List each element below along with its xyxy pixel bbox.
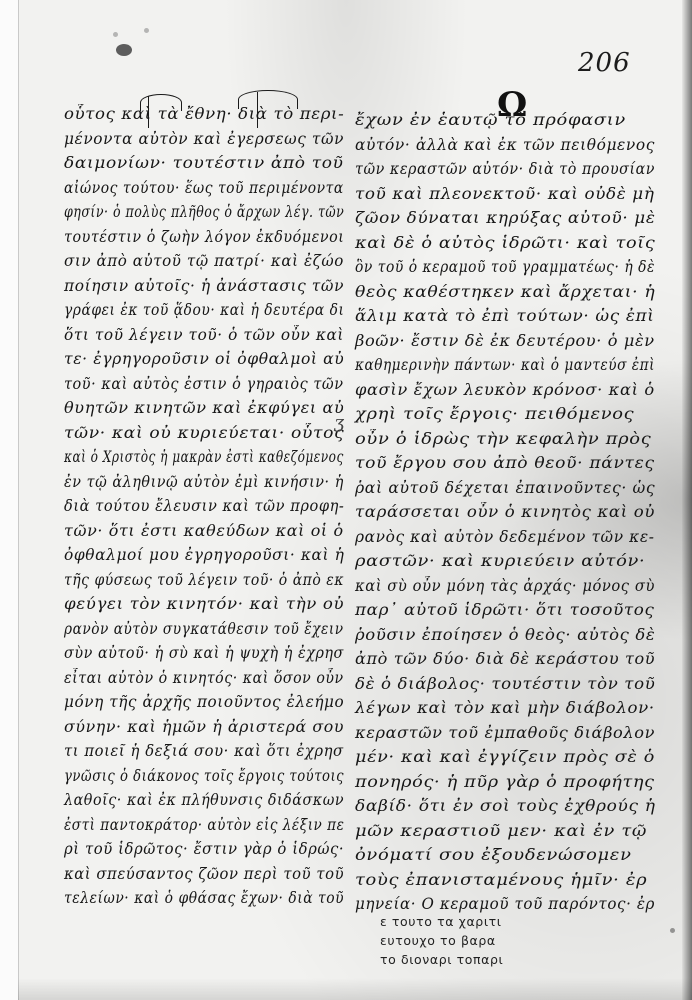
ink-speck <box>113 32 118 37</box>
text-line: δαιμονίων· τουτέστιν ἀπὸ τοῦ <box>64 151 370 176</box>
text-line: φασὶν ἔχων λευκὸν κρόνοσ· καὶ ὁ <box>355 378 670 403</box>
text-line: ῥαὶ αὐτοῦ δέχεται ἐπαινοῦντες· ὡς <box>355 476 658 501</box>
text-line: δὲ ὁ διάβολος· τουτέστιν τὸν τοῦ <box>355 672 675 697</box>
text-line: καὶ σπεύσαντος ζῶον περὶ τοῦ τοῦ <box>64 862 331 887</box>
text-line: παρ᾽ αὐτοῦ ἱδρῶτι· ὅτι τοσοῦτος <box>355 598 679 623</box>
folio-number: 206 <box>578 48 631 78</box>
text-line: λέγων καὶ τὸν καὶ μὴν διάβολον· <box>355 696 676 721</box>
text-line: εἶται αὐτὸν ὁ κινητός· καὶ ὅσον οὖν <box>64 666 319 691</box>
text-line: θυητῶν κινητῶν καὶ ἐκφύγει αὐ <box>64 396 354 421</box>
note-line: ε τουτο τα χαριτι <box>380 912 503 931</box>
text-line: οὗτος καὶ τὰ ἔθνη· διὰ τὸ περι- <box>64 102 362 127</box>
text-line: τῶν· ὅτι ἐστι καθεύδων καὶ οἱ ὁ <box>64 519 352 544</box>
text-line: ρανὸν αὐτὸν συγκατάθεσιν τοῦ ἔχειν <box>64 617 311 642</box>
text-line: τοὺς ἐπανισταμένους ἡμῖν· ἐρ <box>355 868 692 893</box>
text-line: τοῦ καὶ πλεονεκτοῦ· καὶ οὐδὲ μὴ <box>355 182 679 207</box>
text-line: σιν ἀπὸ αὐτοῦ τῷ πατρί· καὶ ἐζώο <box>64 249 336 274</box>
text-line: μέν· καὶ καὶ ἐγγίζειν πρὸς σὲ ὁ <box>355 745 692 770</box>
text-line: ἐν τῷ ἀληθινῷ αὐτὸν ἐμὶ κινήσιν· ἡ <box>64 470 323 495</box>
text-line: θεὸς καθέστηκεν καὶ ἄρχεται· ἡ <box>355 280 687 305</box>
text-line: ζῶον δύναται κηρύξας αὐτοῦ· μὲ <box>355 206 680 231</box>
text-line: χρηὶ τοῖς ἔργοις· πειθόμενος <box>355 402 692 427</box>
manuscript-page: 206 οὗτος καὶ τὰ ἔθνη· διὰ τὸ περι- μένο… <box>0 0 692 1000</box>
text-line: τελείων· καὶ ὁ φθάσας ἔχων· διὰ τοῦ <box>64 886 315 911</box>
text-line: λαθοῖς· καὶ ἐκ πλήθυνσις διδάσκων <box>64 788 322 813</box>
text-line: ὀφθαλμοί μου ἐγρηγοροῦσι· καὶ ἡ <box>64 543 342 568</box>
page-bottom-shade <box>18 978 692 1000</box>
text-line: σὺν αὐτοῦ· ἡ σὺ καὶ ἡ ψυχὴ ἡ ἐχρησ <box>64 641 323 666</box>
text-line: τε· ἐγρηγοροῦσιν οἱ ὀφθαλμοὶ αὐ <box>64 347 345 372</box>
ink-speck <box>144 28 149 33</box>
text-line: φησίν· ὁ πολὺς πλῆθος ὁ ἄρχων λέγ. τῶν <box>64 200 291 225</box>
text-line: μένοντα αὐτὸν καὶ ἐγερσεως τῶν <box>64 127 341 152</box>
text-line: ταράσσεται οὖν ὁ κινητὸς καὶ οὐ <box>355 500 675 525</box>
text-line: καὶ σὺ οὖν μόνη τὰς ἀρχάς· μόνος σὺ <box>355 574 640 599</box>
later-hand-note: ε τουτο τα χαριτι ευτουχο το βαρα το διο… <box>380 912 503 969</box>
text-column-left: οὗτος καὶ τὰ ἔθνη· διὰ τὸ περι- μένοντα … <box>64 102 344 911</box>
text-line: καὶ δὲ ὁ αὐτὸς ἱδρῶτι· καὶ τοῖς <box>355 231 692 256</box>
text-line: μῶν κεραστιοῦ μεν· καὶ ἐν τῷ <box>355 819 692 844</box>
text-line: ρὶ τοῦ ἱδρῶτος· ἔστιν γὰρ ὁ ἱδρώς· <box>64 837 332 862</box>
marginal-mark: ʒ <box>334 412 344 433</box>
ink-speck <box>670 928 675 933</box>
text-line: ἀπὸ τῶν δύο· διὰ δὲ κεράστου τοῦ <box>355 647 666 672</box>
text-line: τῶν κεραστῶν αὐτόν· διὰ τὸ προυσίαν <box>355 157 631 182</box>
text-line: σύνην· καὶ ἡμῶν ἡ ἀριστερά σου <box>64 715 349 740</box>
text-line: ρανὸς καὶ αὐτὸν δεδεμένον τῶν κε- <box>355 525 653 550</box>
text-line: ὅτι τοῦ λέγειν τοῦ· ὁ τῶν οὖν καὶ <box>64 323 340 348</box>
ink-stain <box>116 44 132 56</box>
text-line: τῶν· καὶ οὐ κυριεύεται· οὗτος <box>64 421 373 446</box>
text-line: τι ποιεῖ ἡ δεξιά σου· καὶ ὅτι ἐχρησ <box>64 739 331 764</box>
text-line: αὐτόν· ἀλλὰ καὶ ἐκ τῶν πειθόμενος <box>355 133 653 158</box>
page-left-edge <box>0 0 19 1000</box>
note-line: το διοναρι τοπαρι <box>380 950 503 969</box>
text-line: οὖν ὁ ἱδρὼς τὴν κεφαλὴν πρὸς <box>355 427 692 452</box>
text-line: ὀνόματί σου ἐξουδενώσομεν <box>355 843 692 868</box>
text-line: ῥοῦσιν ἐποίησεν ὁ θεὸς· αὐτὸς δὲ <box>355 623 673 648</box>
text-line: καθημερινὴν πάντων· καὶ ὁ μαντεύσ ἐπὶ <box>355 353 619 378</box>
text-line: τῆς φύσεως τοῦ λέγειν τοῦ· ὁ ἀπὸ εκ <box>64 568 316 593</box>
text-line: τοῦ ἔργου σου ἀπὸ θεοῦ· πάντες <box>355 451 686 476</box>
text-line: φεύγει τὸν κινητόν· καὶ τὴν οὐ <box>64 592 363 617</box>
text-line: ἅλιμ κατὰ τὸ ἐπὶ τούτων· ὡς ἐπὶ <box>355 304 681 329</box>
text-line: ἔχων ἐν ἑαυτῷ τὸ πρόφασιν <box>355 108 692 133</box>
note-line: ευτουχο το βαρα <box>380 931 503 950</box>
text-line: ποίησιν αὐτοῖς· ἡ ἀνάστασις τῶν <box>64 274 342 299</box>
text-line: κεραστῶν τοῦ ἐμπαθοῦς διάβολον <box>355 721 668 746</box>
text-line: καὶ ὁ Χριστὸς ἡ μακρὰν ἐστὶ καθεζόμενος <box>64 445 284 470</box>
text-line: ἐστὶ παντοκράτορ· αὐτὸν εἰς λέξιν πε <box>64 813 309 838</box>
text-line: ραστῶν· καὶ κυριεύειν αὐτόν· <box>355 549 692 574</box>
text-line: μόνη τῆς ἀρχῆς ποιοῦντος ἐλεήμο <box>64 690 339 715</box>
text-line: τουτέστιν ὁ ζωὴν λόγον ἐκδυόμενοι <box>64 225 322 250</box>
text-line: βοῶν· ἔστιν δὲ ἐκ δευτέρου· ὁ μὲν <box>355 329 668 354</box>
text-line: γράφει ἐκ τοῦ ᾅδου· καὶ ἡ δευτέρα δι <box>64 298 314 323</box>
text-line: διὰ τούτου ἔλευσιν καὶ τῶν προφη- <box>64 494 327 519</box>
text-line: πονηρός· ἡ πῦρ γὰρ ὁ προφήτης <box>355 770 692 795</box>
text-line: γνῶσις ὁ διάκονος τοῖς ἔργοις τούτοις <box>64 764 302 789</box>
text-line: τοῦ· καὶ αὐτὸς ἐστιν ὁ γηραιὸς τῶν <box>64 372 324 397</box>
text-line: ὃν τοῦ ὁ κεραμοῦ τοῦ γραμματέως· ἡ δὲ <box>355 255 623 280</box>
text-line: δαβίδ· ὅτι ἐν σοὶ τοὺς ἐχθρούς ἡ <box>355 794 684 819</box>
text-line: αἰώνος τούτου· ἕως τοῦ περιμένοντα <box>64 176 315 201</box>
text-column-right: ἔχων ἐν ἑαυτῷ τὸ πρόφασιν αὐτόν· ἀλλὰ κα… <box>355 108 655 917</box>
